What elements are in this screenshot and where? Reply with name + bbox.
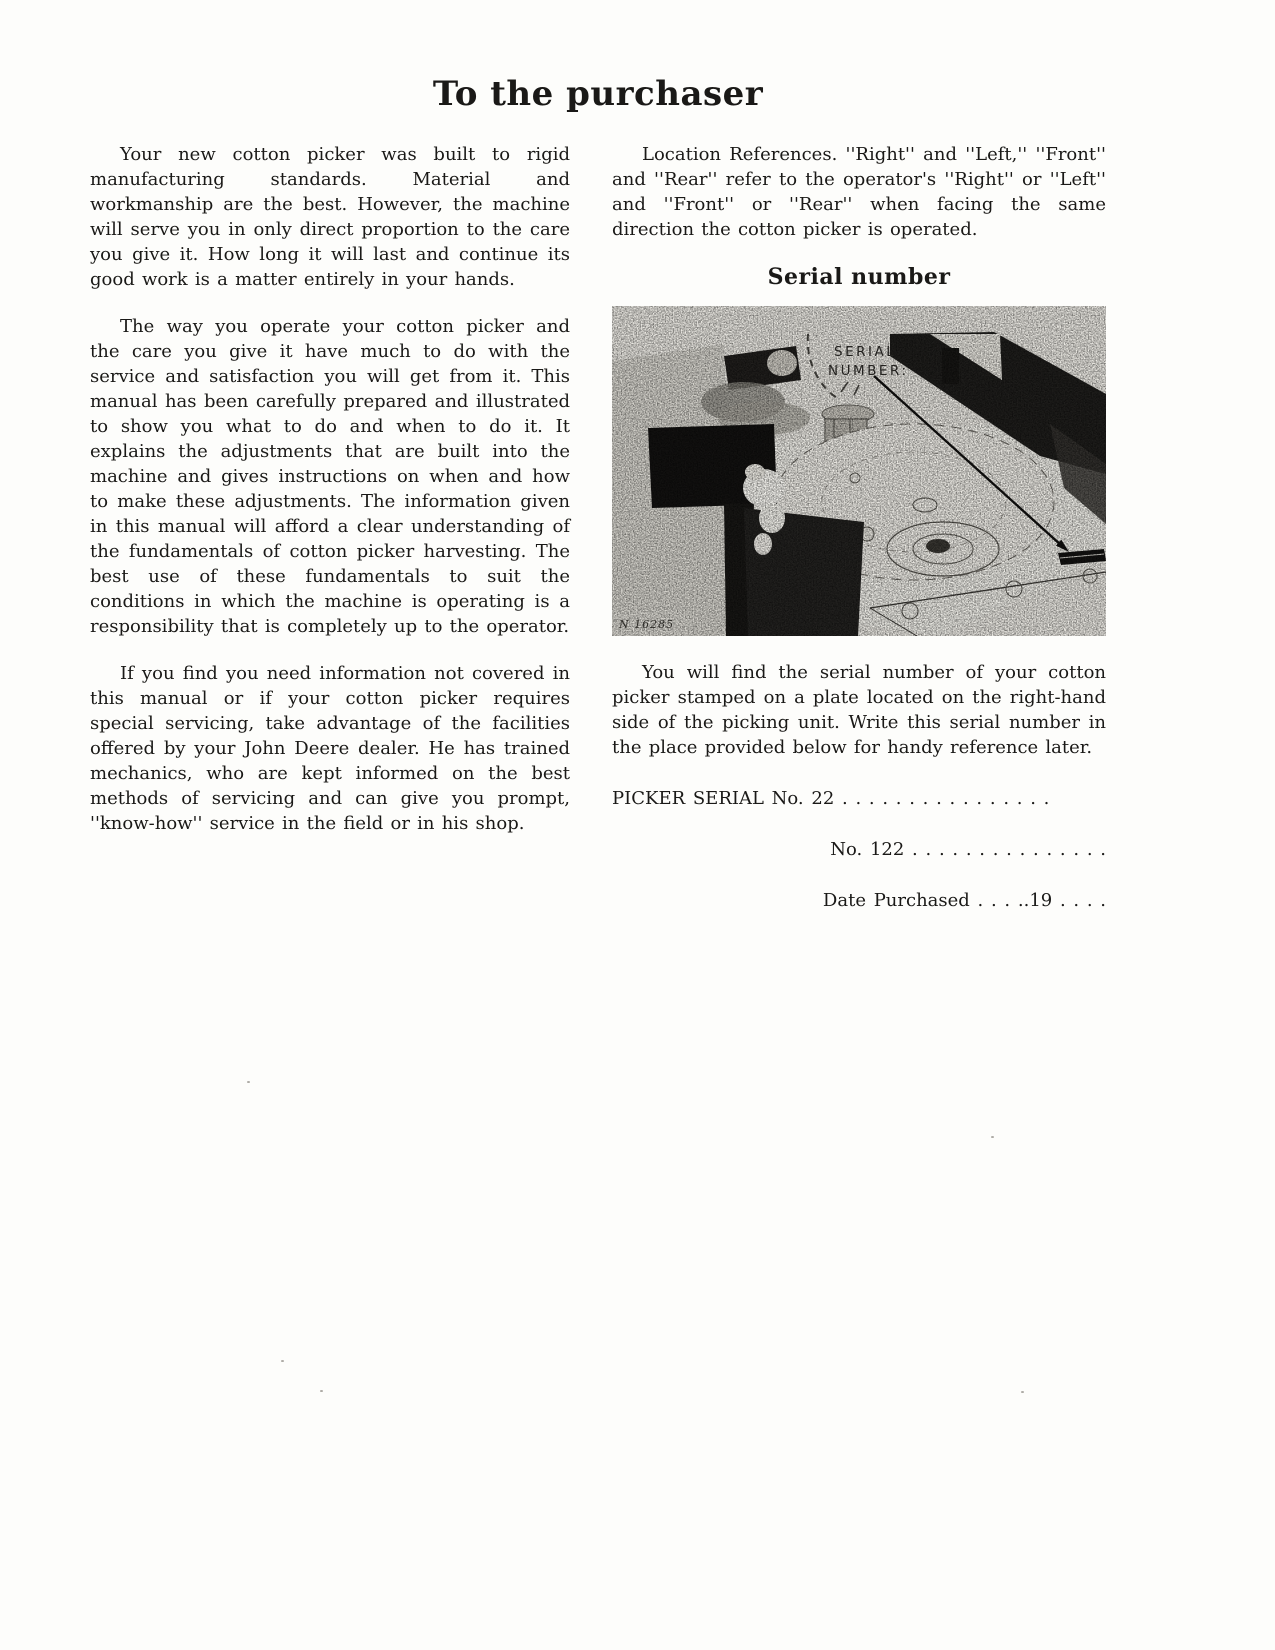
halftone-grain-overlay [612,306,1106,636]
paragraph: Your new cotton picker was built to rigi… [90,142,570,292]
serial-number-heading: Serial number [612,264,1106,290]
paragraph: You will find the serial number of your … [612,660,1106,760]
scan-speck [991,1136,994,1138]
scan-speck [320,1390,323,1392]
scan-speck [281,1360,284,1362]
date-purchased-fill-in-line: Date Purchased . . . ..19 . . . . [612,888,1106,913]
manual-page: To the purchaser Your new cotton picker … [0,0,1275,1650]
serial-number-photo: SERIAL NUMBER: N 16285 [612,306,1106,636]
serial-no-fill-in-line: No. 122 . . . . . . . . . . . . . . . [612,837,1106,862]
photo-canvas: SERIAL NUMBER: N 16285 [612,306,1106,636]
page-title: To the purchaser [90,74,1106,114]
scan-speck [1021,1391,1024,1393]
right-column: Location References. ''Right'' and ''Lef… [612,142,1106,913]
paragraph: If you find you need information not cov… [90,661,570,836]
picker-serial-fill-in-line: PICKER SERIAL No. 22 . . . . . . . . . .… [612,786,1106,811]
scan-speck [247,1081,250,1083]
left-column: Your new cotton picker was built to rigi… [90,142,570,913]
paragraph: The way you operate your cotton picker a… [90,314,570,639]
two-column-layout: Your new cotton picker was built to rigi… [90,142,1106,913]
paragraph: Location References. ''Right'' and ''Lef… [612,142,1106,242]
